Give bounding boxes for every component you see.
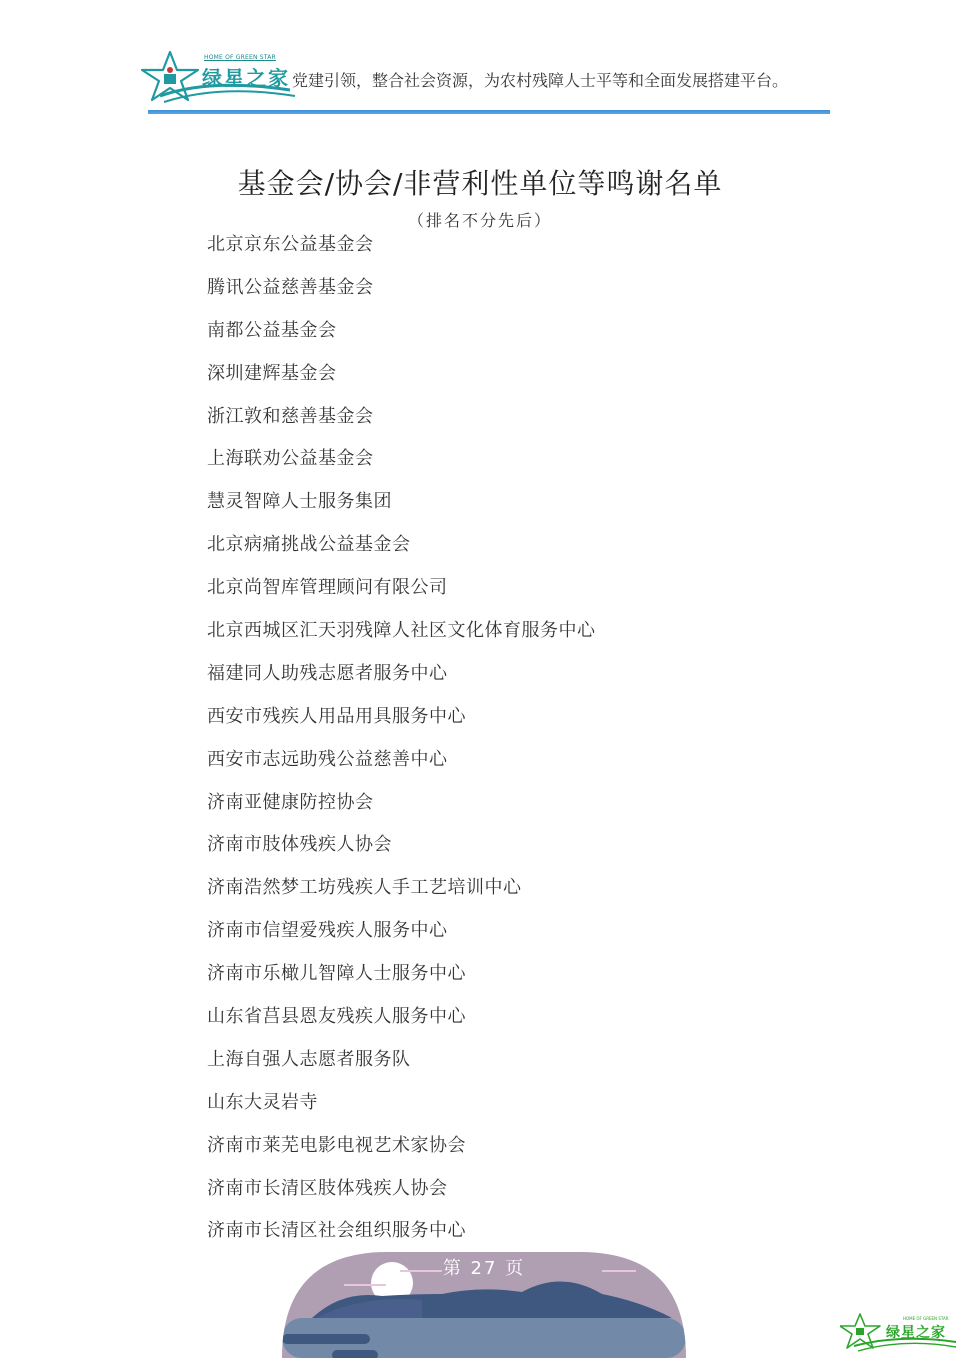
list-item: 济南浩然梦工坊残疾人手工艺培训中心	[207, 874, 596, 917]
list-item: 深圳建辉基金会	[207, 360, 596, 403]
corner-logo-chinese-name: 绿星之家	[886, 1322, 946, 1342]
organization-list: 北京京东公益基金会 腾讯公益慈善基金会 南都公益基金会 深圳建辉基金会 浙江敦和…	[207, 231, 596, 1260]
header-divider	[148, 110, 830, 114]
list-item: 北京西城区汇天羽残障人社区文化体育服务中心	[207, 617, 596, 660]
list-item: 济南市乐橄儿智障人士服务中心	[207, 960, 596, 1003]
list-item: 南都公益基金会	[207, 317, 596, 360]
list-item: 北京尚智库管理顾问有限公司	[207, 574, 596, 617]
page-subtitle: （排名不分先后）	[0, 208, 960, 231]
page-header: HOME OF GREEN STAR 绿星之家 党建引领，整合社会资源，为农村残…	[140, 48, 830, 118]
list-item: 浙江敦和慈善基金会	[207, 403, 596, 446]
page-number: 第 27 页	[282, 1254, 686, 1280]
header-slogan: 党建引领，整合社会资源，为农村残障人士平等和全面发展搭建平台。	[292, 68, 788, 91]
list-item: 西安市残疾人用品用具服务中心	[207, 703, 596, 746]
page-title: 基金会/协会/非营利性单位等鸣谢名单	[0, 162, 960, 202]
list-item: 腾讯公益慈善基金会	[207, 274, 596, 317]
list-item: 北京京东公益基金会	[207, 231, 596, 274]
list-item: 济南市长清区肢体残疾人协会	[207, 1175, 596, 1218]
list-item: 山东大灵岩寺	[207, 1089, 596, 1132]
logo-chinese-name: 绿星之家	[202, 62, 290, 91]
corner-logo-english-name: HOME OF GREEN STAR	[903, 1316, 949, 1321]
list-item: 济南市莱芜电影电视艺术家协会	[207, 1132, 596, 1175]
logo-english-name: HOME OF GREEN STAR	[204, 54, 276, 61]
list-item: 上海自强人志愿者服务队	[207, 1046, 596, 1089]
list-item: 济南市肢体残疾人协会	[207, 831, 596, 874]
list-item: 济南亚健康防控协会	[207, 789, 596, 832]
list-item: 慧灵智障人士服务集团	[207, 488, 596, 531]
list-item: 北京病痛挑战公益基金会	[207, 531, 596, 574]
list-item: 济南市信望爱残疾人服务中心	[207, 917, 596, 960]
list-item: 福建同人助残志愿者服务中心	[207, 660, 596, 703]
list-item: 上海联劝公益基金会	[207, 445, 596, 488]
list-item: 山东省莒县恩友残疾人服务中心	[207, 1003, 596, 1046]
list-item: 西安市志远助残公益慈善中心	[207, 746, 596, 789]
